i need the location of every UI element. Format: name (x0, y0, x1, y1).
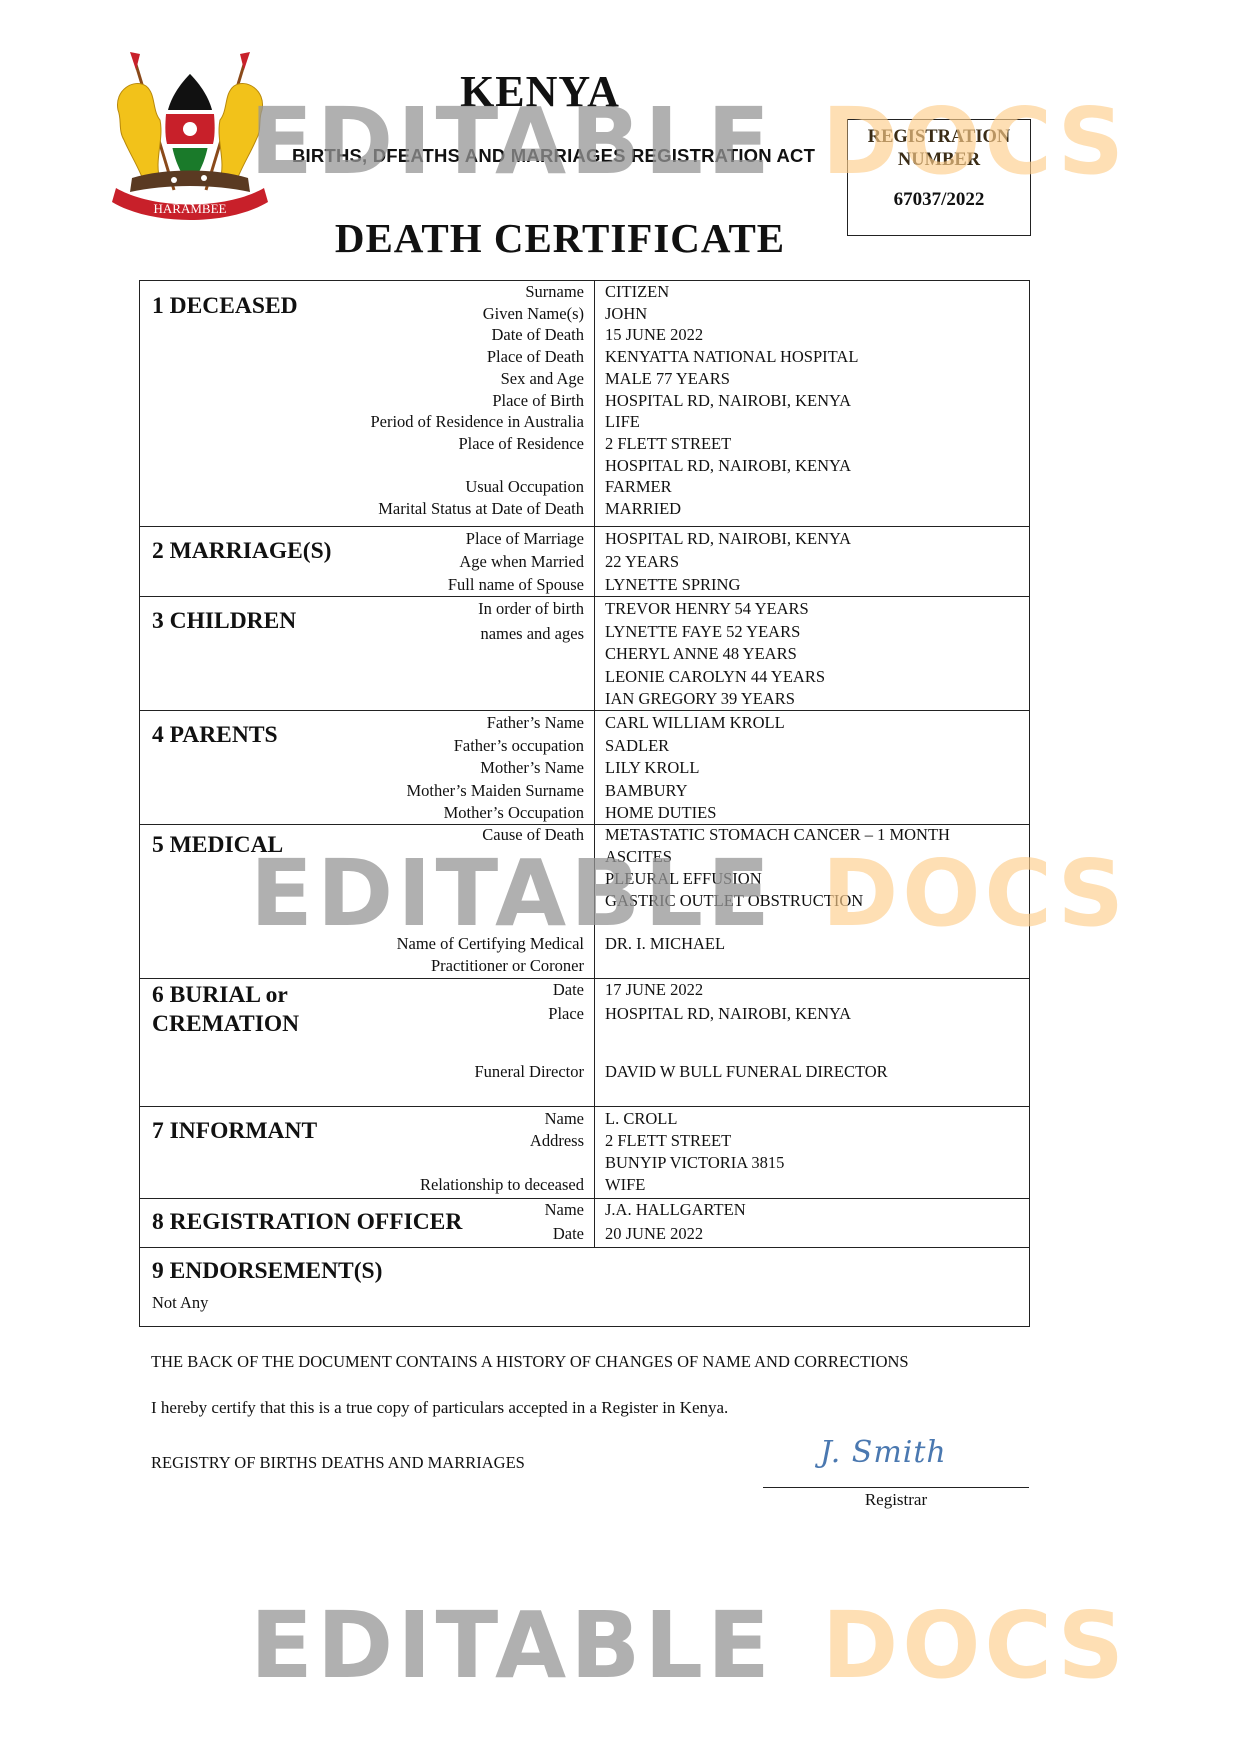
section-divider (140, 596, 1029, 597)
field-value: BAMBURY (605, 781, 688, 801)
certificate-table: 1 DECEASED SurnameCITIZENGiven Name(s)JO… (139, 280, 1030, 1327)
field-label: Marital Status at Date of Death (378, 499, 584, 519)
field-label: Mother’s Name (480, 758, 584, 778)
field-label: Given Name(s) (483, 304, 584, 324)
field-value: 17 JUNE 2022 (605, 980, 703, 1000)
field-value: HOSPITAL RD, NAIROBI, KENYA (605, 1004, 851, 1024)
field-value: HOSPITAL RD, NAIROBI, KENYA (605, 391, 851, 411)
registrar-signature: J. Smith (820, 1435, 947, 1470)
registration-label-line2: NUMBER (848, 149, 1030, 172)
field-value: LIFE (605, 412, 640, 432)
field-value: SADLER (605, 736, 669, 756)
children-label-line1: In order of birth (478, 599, 584, 619)
child-entry: IAN GREGORY 39 YEARS (605, 689, 795, 709)
back-notice: THE BACK OF THE DOCUMENT CONTAINS A HIST… (151, 1352, 909, 1372)
section-divider (140, 978, 1029, 979)
certifier-label-line1: Name of Certifying Medical (397, 934, 584, 954)
field-label: Sex and Age (501, 369, 584, 389)
field-value: 2 FLETT STREET (605, 434, 731, 454)
field-label: Father’s Name (487, 713, 584, 733)
act-heading: BIRTHS, DFEATHS AND MARRIAGES REGISTRATI… (292, 145, 815, 167)
section-title-medical: 5 MEDICAL (152, 831, 283, 860)
watermark: EDITABLEDOCS (250, 1600, 1128, 1692)
cause-of-death-item: PLEURAL EFFUSION (605, 869, 762, 889)
field-value: CITIZEN (605, 282, 669, 302)
field-label: Period of Residence in Australia (370, 412, 584, 432)
registry-name: REGISTRY OF BIRTHS DEATHS AND MARRIAGES (151, 1453, 525, 1473)
field-label: Place of Death (487, 347, 584, 367)
field-value: WIFE (605, 1175, 645, 1195)
section-divider (140, 710, 1029, 711)
cause-of-death-label: Cause of Death (482, 825, 584, 845)
section-divider (140, 1106, 1029, 1107)
child-entry: CHERYL ANNE 48 YEARS (605, 644, 797, 664)
field-label: Name (545, 1109, 584, 1129)
field-label: Father’s occupation (454, 736, 584, 756)
field-value: LYNETTE SPRING (605, 575, 740, 595)
field-label: Place of Residence (458, 434, 584, 454)
section-title-endorsement: 9 ENDORSEMENT(S) (152, 1257, 382, 1286)
section-divider (140, 526, 1029, 527)
field-label: Mother’s Occupation (444, 803, 584, 823)
cause-of-death-item: GASTRIC OUTLET OBSTRUCTION (605, 891, 863, 911)
certifier-value: DR. I. MICHAEL (605, 934, 725, 954)
field-value: KENYATTA NATIONAL HOSPITAL (605, 347, 858, 367)
column-divider (594, 281, 595, 1248)
section-title-marriage: 2 MARRIAGE(S) (152, 537, 332, 566)
field-label: Place (548, 1004, 584, 1024)
section-title-burial-line2: CREMATION (152, 1010, 299, 1039)
section-title-burial-line1: 6 BURIAL or (152, 981, 288, 1010)
field-value: 22 YEARS (605, 552, 679, 572)
field-label: Surname (525, 282, 584, 302)
field-value: MALE 77 YEARS (605, 369, 730, 389)
field-value: BUNYIP VICTORIA 3815 (605, 1153, 784, 1173)
field-label: Date of Death (491, 325, 584, 345)
signature-line (763, 1487, 1029, 1488)
field-label: Funeral Director (475, 1062, 585, 1082)
field-label: Name (545, 1200, 584, 1220)
field-label: Mother’s Maiden Surname (407, 781, 585, 801)
field-label: Place of Marriage (466, 529, 584, 549)
field-value: MARRIED (605, 499, 681, 519)
section-divider (140, 1198, 1029, 1199)
field-label: Date (553, 1224, 584, 1244)
children-label-line2: names and ages (480, 624, 584, 644)
field-value: CARL WILLIAM KROLL (605, 713, 785, 733)
child-entry: TREVOR HENRY 54 YEARS (605, 599, 809, 619)
cause-of-death-item: METASTATIC STOMACH CANCER – 1 MONTH (605, 825, 950, 845)
child-entry: LEONIE CAROLYN 44 YEARS (605, 667, 825, 687)
section-divider (140, 1247, 1029, 1248)
field-value: L. CROLL (605, 1109, 677, 1129)
field-label: Date (553, 980, 584, 1000)
cause-of-death-item: ASCITES (605, 847, 672, 867)
section-title-parents: 4 PARENTS (152, 721, 278, 750)
field-label: Relationship to deceased (420, 1175, 584, 1195)
registrar-title: Registrar (763, 1490, 1029, 1510)
field-value: LILY KROLL (605, 758, 699, 778)
country-heading: KENYA (380, 66, 700, 117)
field-value: 20 JUNE 2022 (605, 1224, 703, 1244)
kenya-coat-of-arms-icon: HARAMBEE (104, 50, 276, 222)
child-entry: LYNETTE FAYE 52 YEARS (605, 622, 800, 642)
certification-statement: I hereby certify that this is a true cop… (151, 1398, 728, 1418)
field-value: JOHN (605, 304, 647, 324)
field-value: DAVID W BULL FUNERAL DIRECTOR (605, 1062, 888, 1082)
certifier-label-line2: Practitioner or Coroner (431, 956, 584, 976)
field-value: FARMER (605, 477, 672, 497)
section-title-children: 3 CHILDREN (152, 607, 296, 636)
field-value: HOSPITAL RD, NAIROBI, KENYA (605, 456, 851, 476)
field-value: J.A. HALLGARTEN (605, 1200, 746, 1220)
field-value: HOME DUTIES (605, 803, 716, 823)
section-title-deceased: 1 DECEASED (152, 292, 298, 321)
svg-text:HARAMBEE: HARAMBEE (154, 201, 227, 216)
endorsement-text: Not Any (152, 1293, 208, 1313)
section-title-officer: 8 REGISTRATION OFFICER (152, 1208, 462, 1237)
field-value: 15 JUNE 2022 (605, 325, 703, 345)
field-label: Full name of Spouse (448, 575, 584, 595)
registration-number: 67037/2022 (848, 189, 1030, 211)
document-title: DEATH CERTIFICATE (300, 214, 820, 262)
field-label: Age when Married (459, 552, 584, 572)
field-label: Usual Occupation (465, 477, 584, 497)
field-label: Address (530, 1131, 584, 1151)
field-value: 2 FLETT STREET (605, 1131, 731, 1151)
field-value: HOSPITAL RD, NAIROBI, KENYA (605, 529, 851, 549)
registration-label-line1: REGISTRATION (848, 126, 1030, 149)
section-title-informant: 7 INFORMANT (152, 1117, 317, 1146)
field-label: Place of Birth (492, 391, 584, 411)
registration-number-box: REGISTRATION NUMBER 67037/2022 (847, 119, 1031, 236)
